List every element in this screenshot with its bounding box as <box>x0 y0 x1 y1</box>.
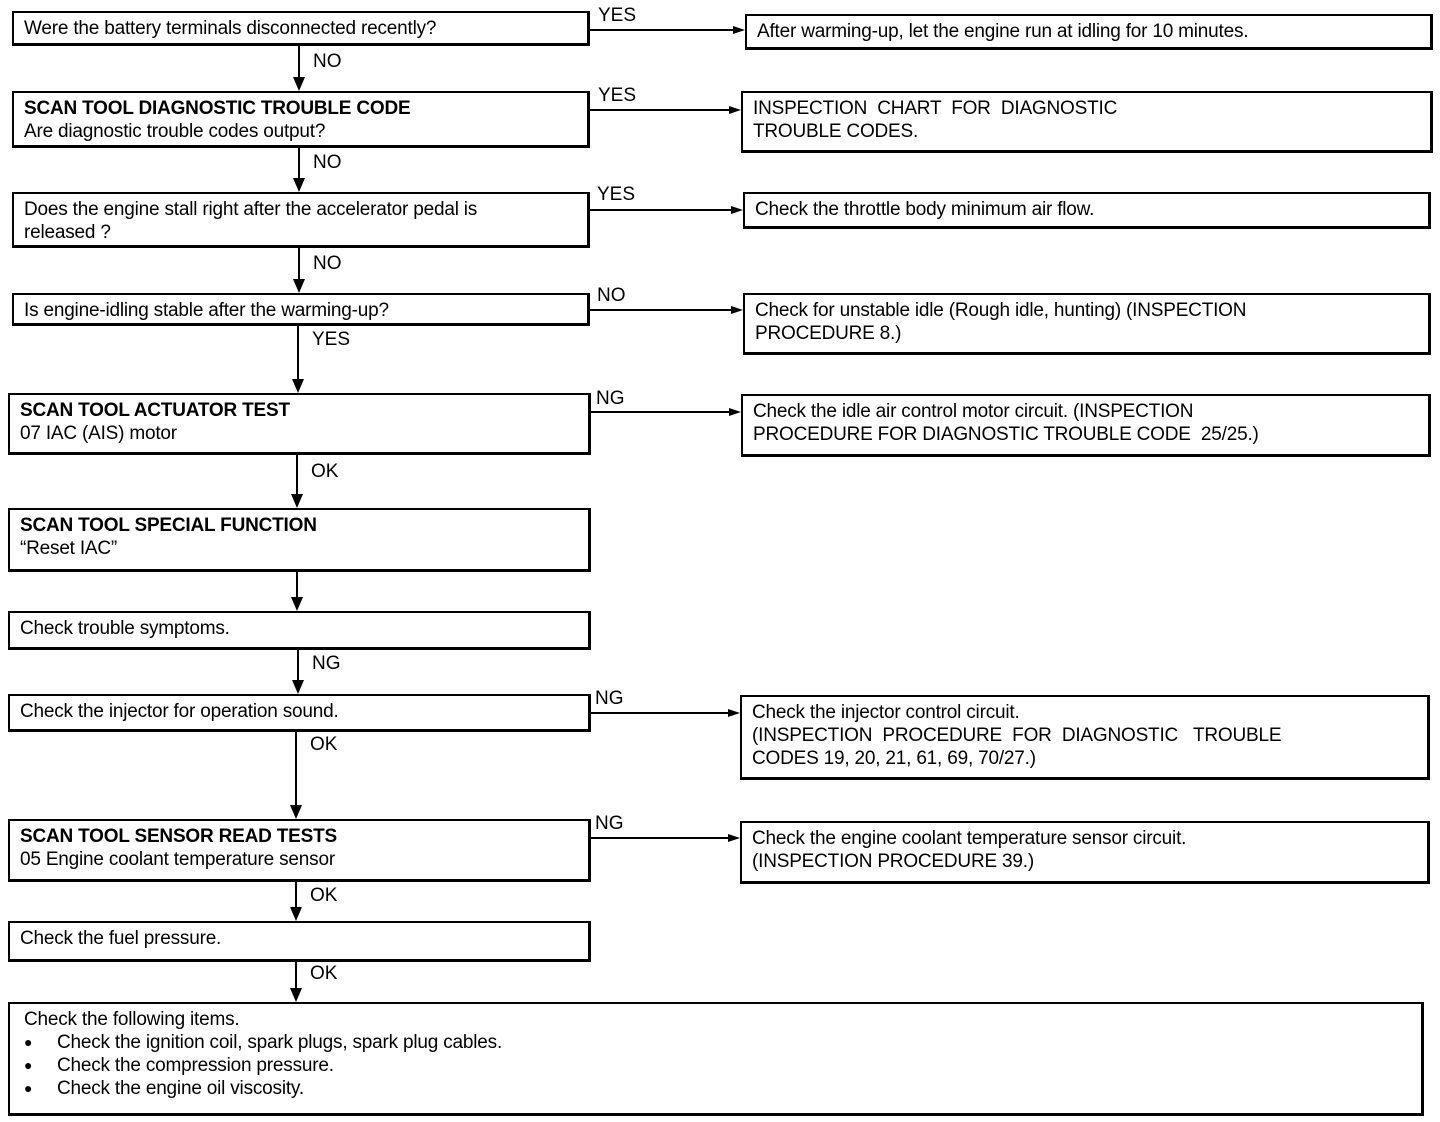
arrow-right-icon <box>733 26 745 34</box>
step-text: 07 IAC (AIS) motor <box>20 422 578 445</box>
final-heading: Check the following items. <box>24 1008 1411 1031</box>
result-text: After warming-up, let the engine run at … <box>757 20 1420 43</box>
step-title: SCAN TOOL DIAGNOSTIC TROUBLE CODE <box>24 97 577 120</box>
step-actuator-test: SCAN TOOL ACTUATOR TEST 07 IAC (AIS) mot… <box>8 393 591 455</box>
step-battery-disconnected: Were the battery terminals disconnected … <box>12 11 590 46</box>
checklist-item: Check the ignition coil, spark plugs, sp… <box>24 1031 1411 1054</box>
flow-connector <box>296 455 298 494</box>
step-text: Is engine-idling stable after the warmin… <box>24 299 577 322</box>
step-trouble-symptoms: Check trouble symptoms. <box>8 611 591 650</box>
flow-connector <box>295 732 297 805</box>
arrow-down-icon <box>290 805 302 819</box>
result-throttle-body: Check the throttle body minimum air flow… <box>743 192 1431 229</box>
result-text: Check the injector control circuit. <box>752 701 1417 724</box>
branch-label-no: NO <box>597 286 626 306</box>
step-text: 05 Engine coolant temperature sensor <box>20 848 578 871</box>
result-unstable-idle: Check for unstable idle (Rough idle, hun… <box>743 293 1431 355</box>
final-checklist: Check the ignition coil, spark plugs, sp… <box>24 1031 1411 1100</box>
step-text: “Reset IAC” <box>20 537 578 560</box>
flow-connector <box>297 326 299 379</box>
arrow-right-icon <box>729 106 741 114</box>
result-dtc-inspection-chart: INSPECTION CHART FOR DIAGNOSTIC TROUBLE … <box>741 91 1433 153</box>
flow-connector <box>295 882 297 907</box>
flow-label: NO <box>313 52 342 72</box>
step-scan-tool-dtc: SCAN TOOL DIAGNOSTIC TROUBLE CODE Are di… <box>12 91 590 148</box>
result-injector-circuit: Check the injector control circuit. (INS… <box>740 695 1430 780</box>
step-engine-stall: Does the engine stall right after the ac… <box>12 192 590 248</box>
step-title: SCAN TOOL ACTUATOR TEST <box>20 399 578 422</box>
arrow-down-icon <box>293 178 305 192</box>
step-special-function: SCAN TOOL SPECIAL FUNCTION “Reset IAC” <box>8 508 591 572</box>
final-checks: Check the following items. Check the ign… <box>8 1002 1424 1116</box>
result-text: Check the idle air control motor circuit… <box>753 400 1418 423</box>
step-fuel-pressure: Check the fuel pressure. <box>8 921 591 962</box>
arrow-down-icon <box>293 77 305 91</box>
flow-label: YES <box>312 330 350 350</box>
result-coolant-sensor-circuit: Check the engine coolant temperature sen… <box>740 821 1430 884</box>
result-text: (INSPECTION PROCEDURE FOR DIAGNOSTIC TRO… <box>752 724 1417 747</box>
branch-label-ng: NG <box>596 389 625 409</box>
result-text: CODES 19, 20, 21, 61, 69, 70/27.) <box>752 747 1417 770</box>
step-title: SCAN TOOL SPECIAL FUNCTION <box>20 514 578 537</box>
flow-connector <box>298 46 300 77</box>
result-text: TROUBLE CODES. <box>753 120 1420 143</box>
checklist-item: Check the compression pressure. <box>24 1054 1411 1077</box>
result-text: INSPECTION CHART FOR DIAGNOSTIC <box>753 97 1420 120</box>
flow-label: OK <box>310 735 337 755</box>
branch-label-yes: YES <box>598 86 636 106</box>
branch-label-yes: YES <box>598 6 636 26</box>
arrow-down-icon <box>293 279 305 293</box>
arrow-down-icon <box>291 494 303 508</box>
arrow-right-icon <box>728 834 740 842</box>
step-text: Check the injector for operation sound. <box>20 700 578 723</box>
flow-connector <box>298 148 300 178</box>
flow-connector <box>295 962 297 988</box>
arrow-down-icon <box>291 597 303 611</box>
branch-connector <box>591 837 728 839</box>
flow-label: NO <box>313 153 342 173</box>
arrow-down-icon <box>292 680 304 694</box>
arrow-right-icon <box>729 408 741 416</box>
result-text: Check for unstable idle (Rough idle, hun… <box>755 299 1418 322</box>
step-injector-sound: Check the injector for operation sound. <box>8 694 591 732</box>
flow-label: OK <box>310 964 337 984</box>
branch-connector <box>590 109 729 111</box>
flow-label: OK <box>311 462 338 482</box>
step-text: released ? <box>24 221 577 244</box>
step-text: Does the engine stall right after the ac… <box>24 198 577 221</box>
step-title: SCAN TOOL SENSOR READ TESTS <box>20 825 578 848</box>
branch-connector <box>590 209 731 211</box>
flow-label: NO <box>313 254 342 274</box>
result-iac-motor-circuit: Check the idle air control motor circuit… <box>741 394 1431 457</box>
arrow-right-icon <box>731 206 743 214</box>
branch-label-ng: NG <box>595 814 624 834</box>
arrow-down-icon <box>290 907 302 921</box>
flow-connector <box>296 572 298 597</box>
flow-connector <box>297 650 299 680</box>
result-text: PROCEDURE FOR DIAGNOSTIC TROUBLE CODE 25… <box>753 423 1418 446</box>
branch-label-ng: NG <box>595 689 624 709</box>
step-text: Are diagnostic trouble codes output? <box>24 120 577 143</box>
branch-connector <box>590 309 731 311</box>
step-text: Were the battery terminals disconnected … <box>24 17 577 40</box>
flow-label: NG <box>312 654 341 674</box>
step-idling-stable: Is engine-idling stable after the warmin… <box>12 293 590 326</box>
arrow-down-icon <box>290 988 302 1002</box>
arrow-right-icon <box>731 306 743 314</box>
flow-label: OK <box>310 886 337 906</box>
result-text: Check the engine coolant temperature sen… <box>752 827 1417 850</box>
step-text: Check the fuel pressure. <box>20 927 578 950</box>
branch-connector <box>590 29 733 31</box>
branch-connector <box>591 712 728 714</box>
result-warm-up-idle: After warming-up, let the engine run at … <box>745 14 1433 50</box>
step-sensor-read: SCAN TOOL SENSOR READ TESTS 05 Engine co… <box>8 819 591 882</box>
flow-connector <box>298 248 300 279</box>
arrow-down-icon <box>292 379 304 393</box>
result-text: Check the throttle body minimum air flow… <box>755 198 1418 221</box>
arrow-right-icon <box>728 709 740 717</box>
result-text: PROCEDURE 8.) <box>755 322 1418 345</box>
step-text: Check trouble symptoms. <box>20 617 578 640</box>
result-text: (INSPECTION PROCEDURE 39.) <box>752 850 1417 873</box>
branch-label-yes: YES <box>597 185 635 205</box>
branch-connector <box>591 411 729 413</box>
checklist-item: Check the engine oil viscosity. <box>24 1077 1411 1100</box>
